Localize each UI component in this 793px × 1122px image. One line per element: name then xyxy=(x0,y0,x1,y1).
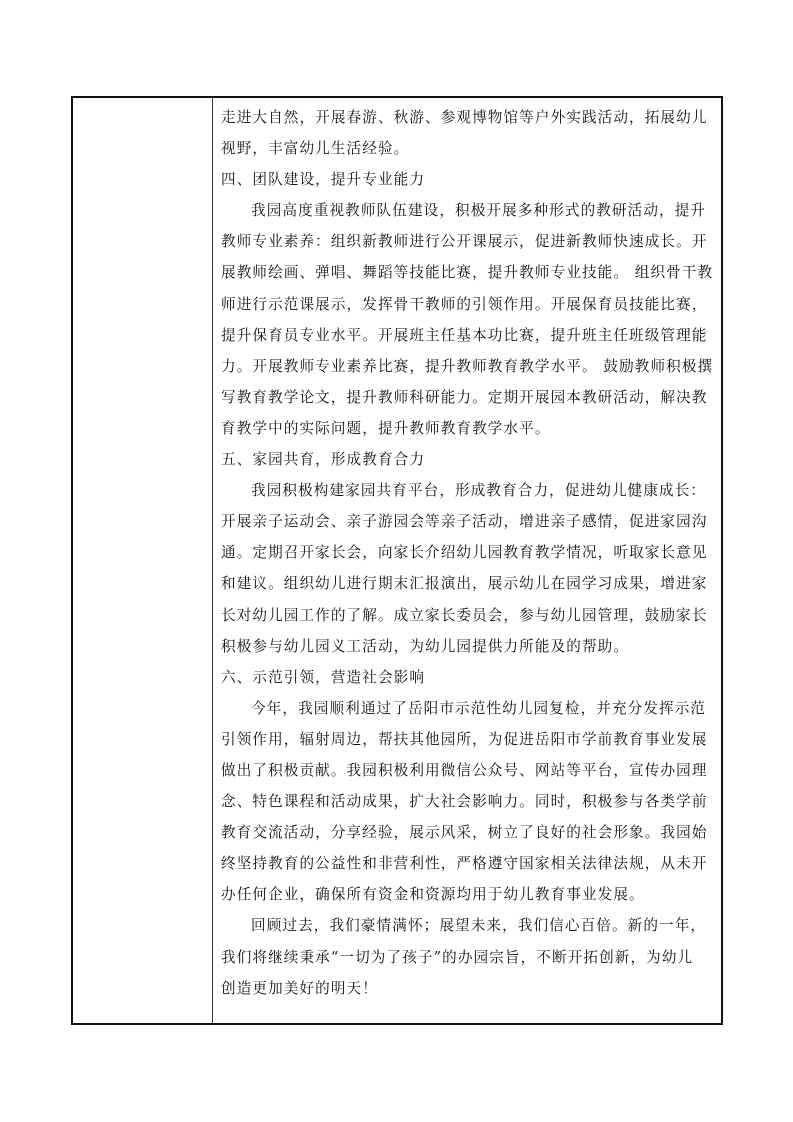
text-line: 我们将继续秉承“一切为了孩子”的办园宗旨，不断开拓创新，为幼儿 xyxy=(221,942,713,973)
content-cell: 走进大自然，开展春游、秋游、参观博物馆等户外实践活动，拓展幼儿 视野，丰富幼儿生… xyxy=(213,98,721,1023)
text-line: 育教学中的实际问题，提升教师教育教学水平。 xyxy=(221,413,713,444)
text-line: 开展亲子运动会、亲子游园会等亲子活动，增进亲子感情，促进家园沟 xyxy=(221,506,713,537)
label-cell xyxy=(73,98,213,1023)
section-heading: 五、家园共育，形成教育合力 xyxy=(221,444,713,475)
text-line: 创造更加美好的明天！ xyxy=(221,973,713,1004)
text-line: 我园高度重视教师队伍建设，积极开展多种形式的教研活动，提升 xyxy=(221,195,713,226)
text-line: 通。定期召开家长会，向家长介绍幼儿园教育教学情况，听取家长意见 xyxy=(221,537,713,568)
text-line: 走进大自然，开展春游、秋游、参观博物馆等户外实践活动，拓展幼儿 xyxy=(221,102,713,133)
text-line: 积极参与幼儿园义工活动，为幼儿园提供力所能及的帮助。 xyxy=(221,631,713,662)
text-line: 引领作用，辐射周边，帮扶其他园所，为促进岳阳市学前教育事业发展 xyxy=(221,724,713,755)
text-line: 长对幼儿园工作的了解。成立家长委员会，参与幼儿园管理，鼓励家长 xyxy=(221,600,713,631)
text-line: 办任何企业，确保所有资金和资源均用于幼儿教育事业发展。 xyxy=(221,879,713,910)
text-line: 师进行示范课展示，发挥骨干教师的引领作用。开展保育员技能比赛， xyxy=(221,289,713,320)
text-line: 力。开展教师专业素养比赛，提升教师教育教学水平。 鼓励教师积极撰 xyxy=(221,351,713,382)
text-line: 提升保育员专业水平。开展班主任基本功比赛，提升班主任班级管理能 xyxy=(221,320,713,351)
text-line: 展教师绘画、弹唱、舞蹈等技能比赛，提升教师专业技能。 组织骨干教 xyxy=(221,257,713,288)
text-line: 教育交流活动，分享经验，展示风采，树立了良好的社会形象。我园始 xyxy=(221,817,713,848)
text-line: 写教育教学论文，提升教师科研能力。定期开展园本教研活动，解决教 xyxy=(221,382,713,413)
text-line: 做出了积极贡献。我园积极利用微信公众号、网站等平台，宣传办园理 xyxy=(221,755,713,786)
content-table: 走进大自然，开展春游、秋游、参观博物馆等户外实践活动，拓展幼儿 视野，丰富幼儿生… xyxy=(71,96,723,1025)
text-line: 和建议。组织幼儿进行期末汇报演出，展示幼儿在园学习成果，增进家 xyxy=(221,568,713,599)
section-heading: 六、示范引领，营造社会影响 xyxy=(221,662,713,693)
text-line: 我园积极构建家园共育平台，形成教育合力，促进幼儿健康成长： xyxy=(221,475,713,506)
text-line: 今年，我园顺利通过了岳阳市示范性幼儿园复检，并充分发挥示范 xyxy=(221,693,713,724)
text-line: 教师专业素养：组织新教师进行公开课展示，促进新教师快速成长。开 xyxy=(221,226,713,257)
section-heading: 四、团队建设，提升专业能力 xyxy=(221,164,713,195)
text-line: 回顾过去，我们豪情满怀；展望未来，我们信心百倍。新的一年， xyxy=(221,910,713,941)
text-line: 终坚持教育的公益性和非营利性，严格遵守国家相关法律法规，从未开 xyxy=(221,848,713,879)
text-line: 视野，丰富幼儿生活经验。 xyxy=(221,133,713,164)
text-line: 念、特色课程和活动成果，扩大社会影响力。同时，积极参与各类学前 xyxy=(221,786,713,817)
